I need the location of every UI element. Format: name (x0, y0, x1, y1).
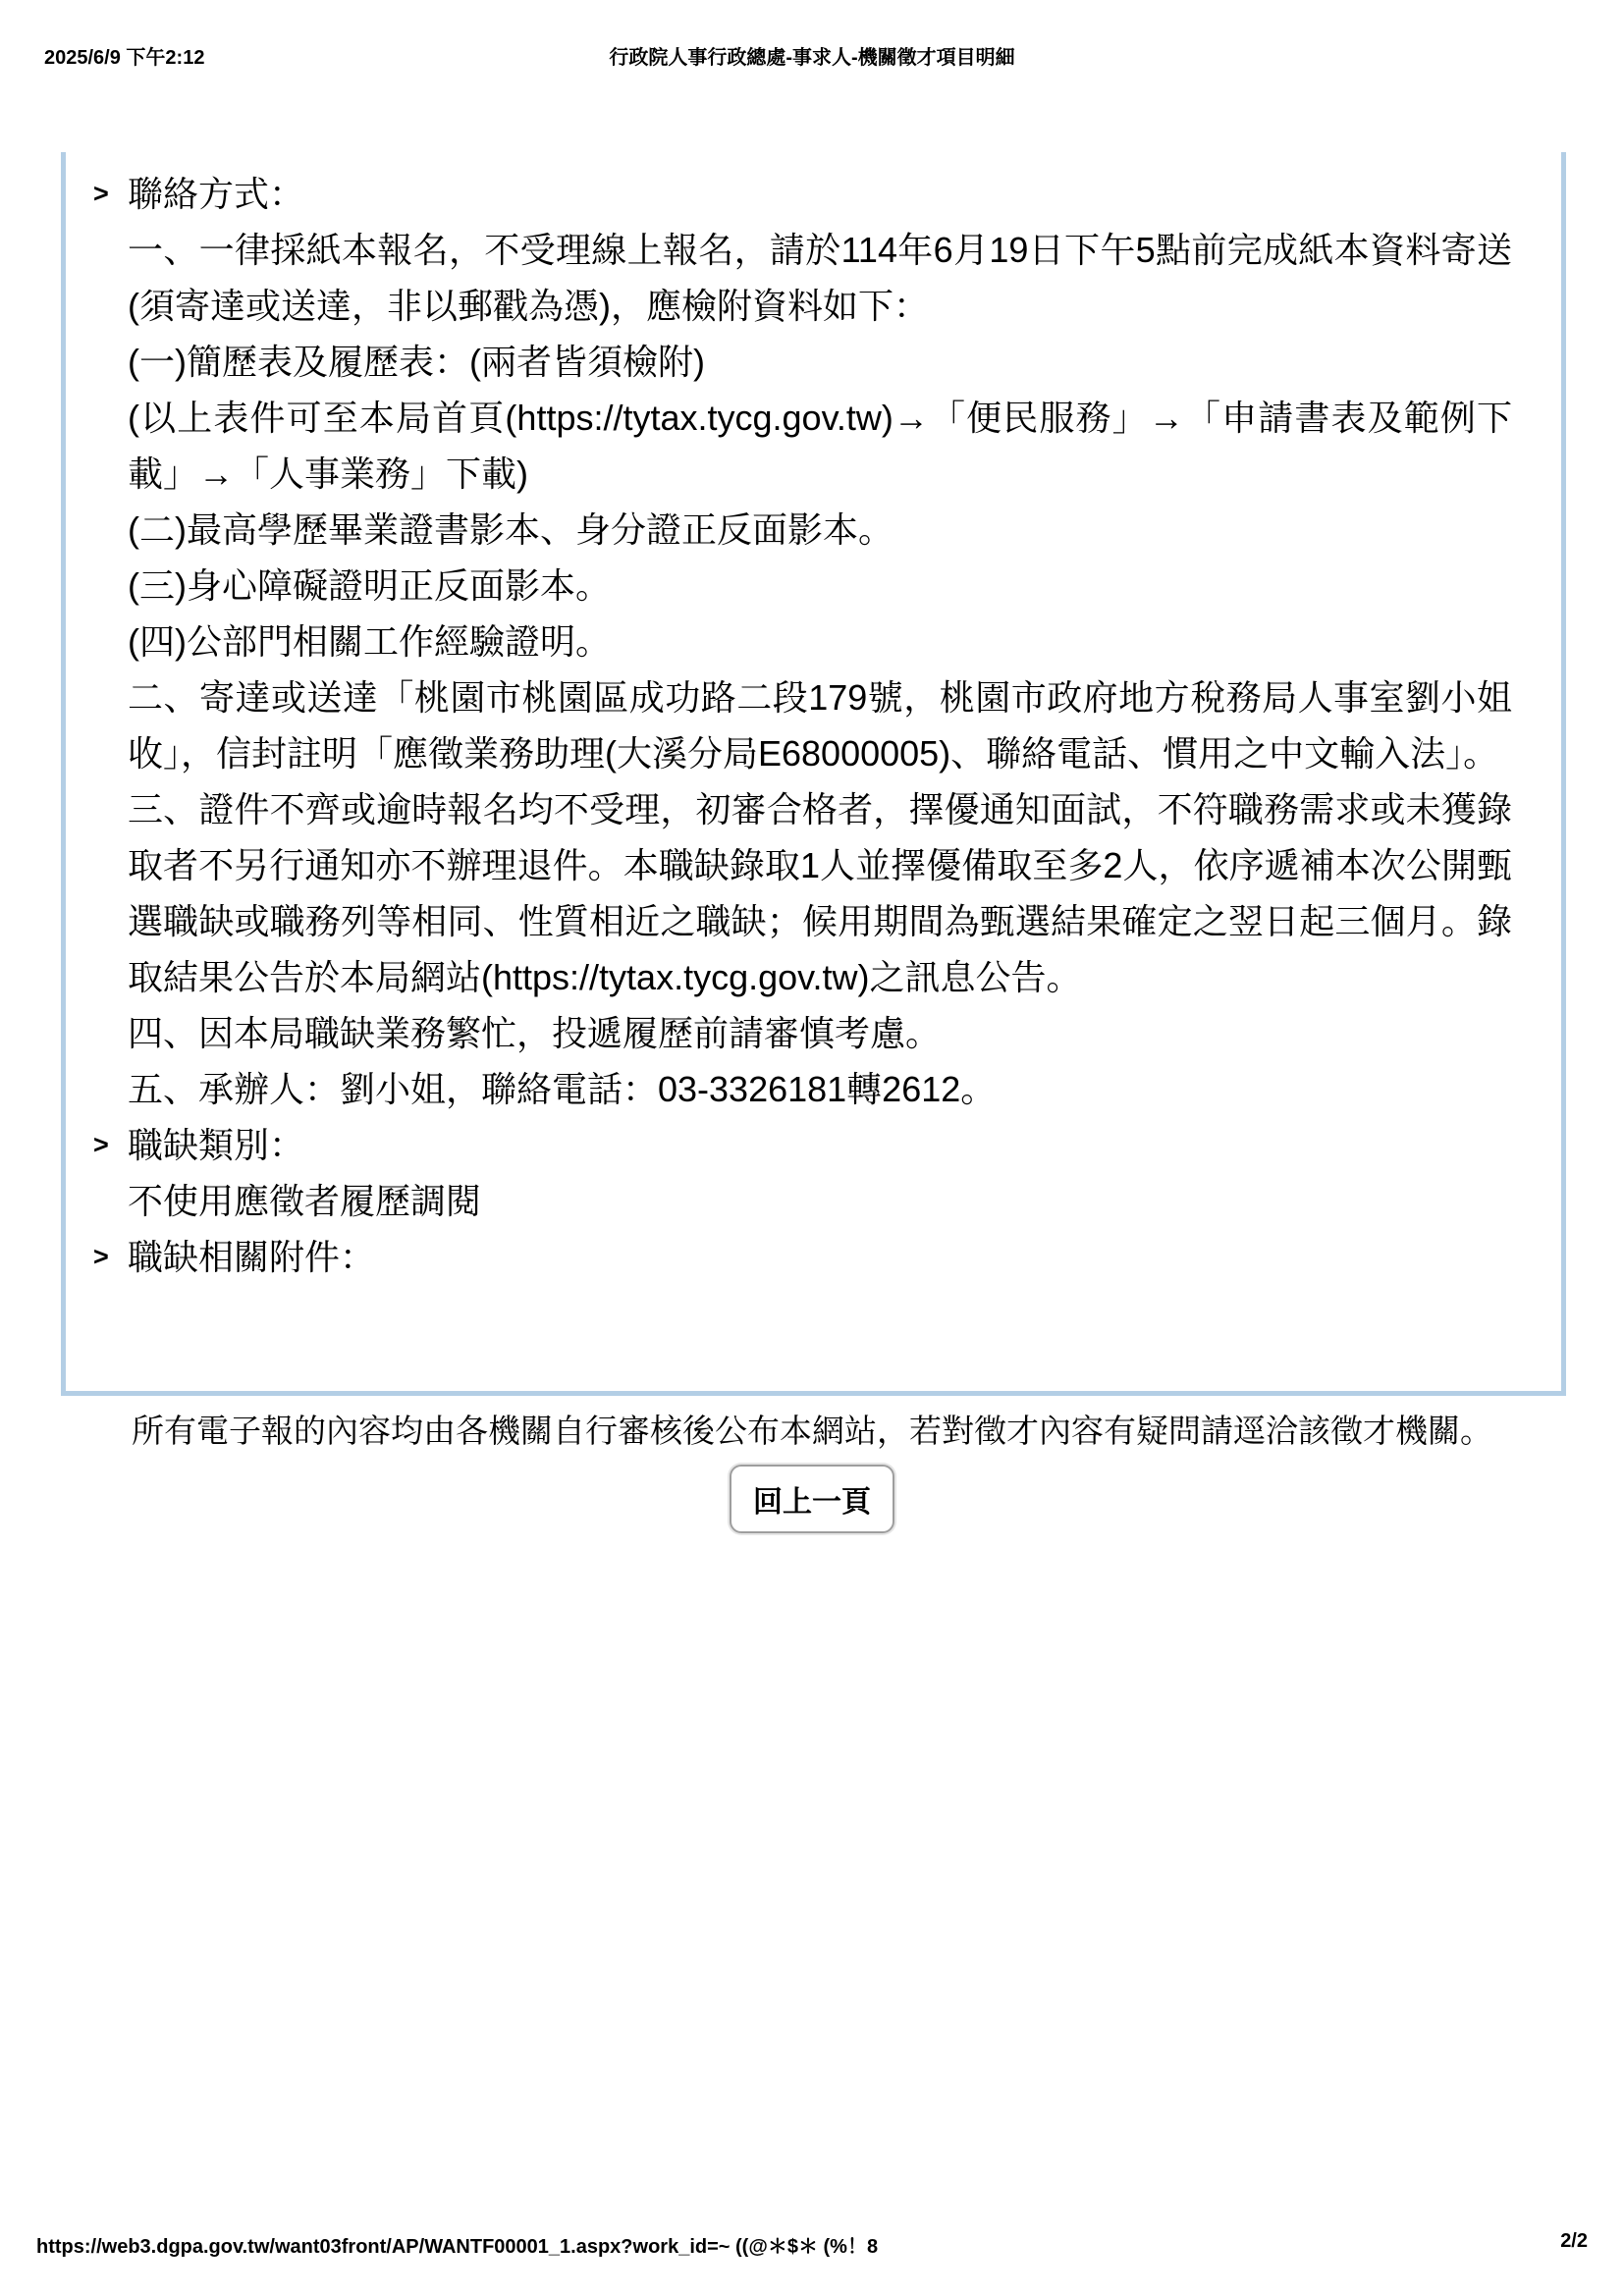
source-url: https://web3.dgpa.gov.tw/want03front/AP/… (36, 2230, 878, 2259)
section-label-contact: 聯絡方式： (128, 166, 304, 222)
section-body-category: 不使用應徵者履歷調閱 (128, 1173, 1512, 1229)
contact-paragraph: 五、承辦人：劉小姐，聯絡電話：03-3326181轉2612。 (128, 1061, 1512, 1117)
section-label-attachments: 職缺相關附件： (128, 1229, 375, 1285)
contact-paragraph: 二、寄達或送達「桃園市桃園區成功路二段179號，桃園市政府地方稅務局人事室劉小姐… (128, 669, 1512, 781)
contact-paragraph: (四)公部門相關工作經驗證明。 (128, 614, 1512, 669)
section-marker-icon: > (93, 1117, 128, 1173)
section-job-category: > 職缺類別： 不使用應徵者履歷調閱 (93, 1117, 1512, 1229)
section-header: > 職缺相關附件： (93, 1229, 1512, 1285)
contact-paragraph: 四、因本局職缺業務繁忙，投遞履歷前請審慎考慮。 (128, 1005, 1512, 1061)
contact-paragraph: 一、一律採紙本報名，不受理線上報名，請於114年6月19日下午5點前完成紙本資料… (128, 222, 1512, 334)
contact-paragraph: (一)簡歷表及履歷表：(兩者皆須檢附) (128, 334, 1512, 390)
print-header: 2025/6/9 下午2:12 行政院人事行政總處-事求人-機關徵才項目明細 (44, 41, 1580, 69)
section-body-contact: 一、一律採紙本報名，不受理線上報名，請於114年6月19日下午5點前完成紙本資料… (128, 222, 1512, 1117)
contact-paragraph: (三)身心障礙證明正反面影本。 (128, 558, 1512, 614)
document-title: 行政院人事行政總處-事求人-機關徵才項目明細 (44, 41, 1580, 70)
page-number: 2/2 (1560, 2230, 1588, 2253)
section-header: > 聯絡方式： (93, 166, 1512, 222)
section-header: > 職缺類別： (93, 1117, 1512, 1173)
contact-paragraph: (以上表件可至本局首頁(https://tytax.tycg.gov.tw)→「… (128, 390, 1512, 502)
contact-paragraph: (二)最高學歷畢業證書影本、身分證正反面影本。 (128, 502, 1512, 558)
category-value: 不使用應徵者履歷調閱 (128, 1173, 1512, 1229)
back-button[interactable]: 回上一頁 (730, 1465, 894, 1533)
section-job-attachments: > 職缺相關附件： (93, 1229, 1512, 1285)
section-marker-icon: > (93, 1229, 128, 1285)
contact-paragraph: 三、證件不齊或逾時報名均不受理，初審合格者，擇優通知面試，不符職務需求或未獲錄取… (128, 781, 1512, 1005)
job-detail-box: > 聯絡方式： 一、一律採紙本報名，不受理線上報名，請於114年6月19日下午5… (61, 152, 1566, 1396)
print-footer: https://web3.dgpa.gov.tw/want03front/AP/… (36, 2230, 1588, 2256)
section-marker-icon: > (93, 166, 128, 222)
section-contact-method: > 聯絡方式： 一、一律採紙本報名，不受理線上報名，請於114年6月19日下午5… (93, 166, 1512, 1117)
section-label-category: 職缺類別： (128, 1117, 304, 1173)
disclaimer-note: 所有電子報的內容均由各機關自行審核後公布本網站，若對徵才內容有疑問請逕洽該徵才機… (0, 1411, 1624, 1452)
